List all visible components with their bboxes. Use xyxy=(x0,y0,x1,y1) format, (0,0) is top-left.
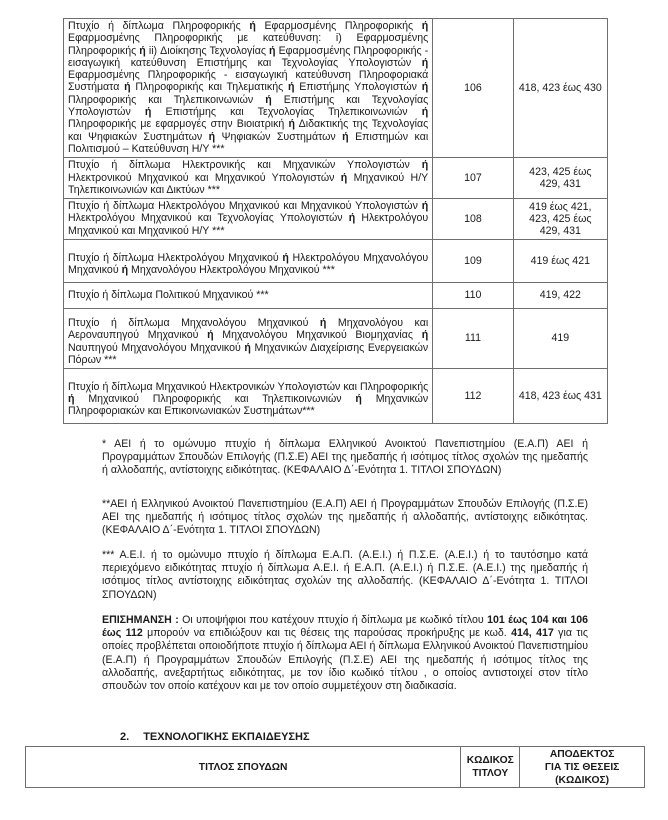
degree-title-cell: Πτυχίο ή δίπλωμα Πληροφορικής ή Εφαρμοσμ… xyxy=(64,19,433,158)
text-run: Πτυχίο ή δίπλωμα Πολιτικού Μηχανικού *** xyxy=(68,289,269,301)
bold-text: ή xyxy=(422,159,428,171)
text-run: Πτυχίο ή δίπλωμα Πληροφορικής xyxy=(68,20,249,32)
bold-text: ή xyxy=(422,57,428,69)
text-run: Μηχανολόγου Μηχανικού Βιομηχανίας xyxy=(214,329,422,341)
title-code-cell: 107 xyxy=(433,158,513,199)
section-heading-technological-education: 2.ΤΕΧΝΟΛΟΓΙΚΗΣ ΕΚΠΑΙΔΕΥΣΗΣ xyxy=(120,731,310,743)
title-code-cell: 108 xyxy=(433,199,513,240)
degree-title-cell: Πτυχίο ή δίπλωμα Ηλεκτρολόγου Μηχανικού … xyxy=(64,240,433,283)
bold-text: ή xyxy=(422,329,428,341)
degree-title-cell: Πτυχίο ή δίπλωμα Μηχανολόγου Μηχανικού ή… xyxy=(64,309,433,369)
accepted-positions-cell: 418, 423 έως 431 xyxy=(513,369,607,424)
bold-text: 414, 417 xyxy=(511,627,554,639)
header-line: ΑΠΟΔΕΚΤΟΣ xyxy=(550,749,615,760)
degree-title-cell: Πτυχίο ή δίπλωμα Ηλεκτρολόγου Μηχανικού … xyxy=(64,199,433,240)
text-run: Εφαρμοσμένης Πληροφορικής xyxy=(256,20,422,32)
text-run: Επιστήμης και Τεχνολογίας Τηλεπικοινωνιώ… xyxy=(151,106,421,118)
bold-text: ή xyxy=(422,81,428,93)
footnote-single-asterisk: * ΑΕΙ ή το ομώνυμο πτυχίο ή δίπλωμα Ελλη… xyxy=(102,438,588,478)
degree-title-cell: Πτυχίο ή δίπλωμα Ηλεκτρονικής και Μηχανι… xyxy=(64,158,433,199)
table-row: Πτυχίο ή δίπλωμα Ηλεκτρολόγου Μηχανικού … xyxy=(64,240,608,283)
text-run: Πληροφορικής και Τηλεπικοινωνιών xyxy=(68,94,265,106)
text-run: **ΑΕΙ ή Ελληνικού Ανοικτού Πανεπιστημίου… xyxy=(102,498,588,536)
title-code-cell: 110 xyxy=(433,283,513,309)
header-line: (ΚΩΔΙΚΟΣ) xyxy=(555,775,609,786)
header-line: ΤΙΤΛΟΥ xyxy=(472,768,508,779)
bold-text: ΕΠΙΣΗΜΑΝΣΗ : xyxy=(102,614,179,626)
text-run: Ηλεκτρολόγου Μηχανικού και Τεχνολογίας Υ… xyxy=(68,212,349,224)
section-title: ΤΕΧΝΟΛΟΓΙΚΗΣ ΕΚΠΑΙΔΕΥΣΗΣ xyxy=(143,731,309,743)
text-run: Πτυχίο ή δίπλωμα Ηλεκτρολόγου Μηχανικού … xyxy=(68,200,422,212)
table-row: Πτυχίο ή δίπλωμα Μηχανικού Ηλεκτρονικών … xyxy=(64,369,608,424)
important-notice: ΕΠΙΣΗΜΑΝΣΗ : Οι υποψήφιοι που κατέχουν π… xyxy=(102,614,588,693)
text-run: Ηλεκτρονικού Μηχανικού και Μηχανικού Υπο… xyxy=(68,172,341,184)
table-row: Πτυχίο ή δίπλωμα Πληροφορικής ή Εφαρμοσμ… xyxy=(64,19,608,158)
table-row: Πτυχίο ή δίπλωμα Πολιτικού Μηχανικού ***… xyxy=(64,283,608,309)
header-line: ΓΙΑ ΤΙΣ ΘΕΣΕΙΣ xyxy=(545,762,620,773)
title-code-cell: 111 xyxy=(433,309,513,369)
table-row: Πτυχίο ή δίπλωμα Μηχανολόγου Μηχανικού ή… xyxy=(64,309,608,369)
footnote-triple-asterisk: *** Α.Ε.Ι. ή το ομώνυμο πτυχίο ή δίπλωμα… xyxy=(102,549,588,602)
footnote-double-asterisk: **ΑΕΙ ή Ελληνικού Ανοικτού Πανεπιστημίου… xyxy=(102,498,588,538)
text-run: Μηχανολόγου Ηλεκτρολόγου Μηχανικού *** xyxy=(128,264,335,276)
text-run: Πτυχίο ή δίπλωμα Μηχανικού Ηλεκτρονικών … xyxy=(68,381,428,393)
accepted-positions-cell: 419 έως 421 xyxy=(513,240,607,283)
accepted-positions-cell: 419 xyxy=(513,309,607,369)
column-header-study-title: ΤΙΤΛΟΣ ΣΠΟΥΔΩΝ xyxy=(26,747,461,788)
text-run: Πτυχίο ή δίπλωμα Ηλεκτρολόγου Μηχανικού xyxy=(68,252,282,264)
text-run: Πληροφορικής με εφαρμογές στην Βιοιατρικ… xyxy=(68,118,289,130)
accepted-positions-cell: 418, 423 έως 430 xyxy=(513,19,607,158)
text-run: ii) Διοίκησης Τεχνολογίας xyxy=(146,45,269,57)
title-code-cell: 112 xyxy=(433,369,513,424)
table-row: Πτυχίο ή δίπλωμα Ηλεκτρολόγου Μηχανικού … xyxy=(64,199,608,240)
table-row: Πτυχίο ή δίπλωμα Ηλεκτρονικής και Μηχανι… xyxy=(64,158,608,199)
degree-title-cell: Πτυχίο ή δίπλωμα Μηχανικού Ηλεκτρονικών … xyxy=(64,369,433,424)
text-run: Πληροφορικής και Τηλεματικής xyxy=(131,81,288,93)
bold-text: ή xyxy=(422,20,428,32)
accepted-positions-cell: 419 έως 421, 423, 425 έως 429, 431 xyxy=(513,199,607,240)
bold-text: ή xyxy=(422,106,428,118)
section-number: 2. xyxy=(120,731,129,743)
text-run: Πτυχίο ή δίπλωμα Μηχανολόγου Μηχανικού xyxy=(68,317,320,329)
degree-title-cell: Πτυχίο ή δίπλωμα Πολιτικού Μηχανικού *** xyxy=(64,283,433,309)
header-line: ΚΩΔΙΚΟΣ xyxy=(467,755,514,766)
column-header-accepted-positions: ΑΠΟΔΕΚΤΟΣ ΓΙΑ ΤΙΣ ΘΕΣΕΙΣ (ΚΩΔΙΚΟΣ) xyxy=(520,747,645,788)
text-run: Οι υποψήφιοι που κατέχουν πτυχίο ή δίπλω… xyxy=(179,614,487,626)
text-run: Επιστήμης Υπολογιστών xyxy=(294,81,421,93)
text-run: μπορούν να επιδιώξουν και τις θέσεις της… xyxy=(143,627,511,639)
accepted-positions-cell: 419, 422 xyxy=(513,283,607,309)
title-code-cell: 106 xyxy=(433,19,513,158)
bold-text: ή xyxy=(422,200,428,212)
accepted-positions-cell: 423, 425 έως 429, 431 xyxy=(513,158,607,199)
text-run: Πτυχίο ή δίπλωμα Ηλεκτρονικής και Μηχανι… xyxy=(68,159,422,171)
text-run: Ψηφιακών Συστημάτων xyxy=(215,131,342,143)
text-run: Ναυπηγού Μηχανολόγου Μηχανικού xyxy=(68,342,244,354)
text-run: *** Α.Ε.Ι. ή το ομώνυμο πτυχίο ή δίπλωμα… xyxy=(102,549,588,601)
text-run: * ΑΕΙ ή το ομώνυμο πτυχίο ή δίπλωμα Ελλη… xyxy=(102,438,588,476)
degree-table-continued: Πτυχίο ή δίπλωμα Πληροφορικής ή Εφαρμοσμ… xyxy=(63,18,608,424)
column-header-title-code: ΚΩΔΙΚΟΣ ΤΙΤΛΟΥ xyxy=(461,747,520,788)
text-run: Μηχανικού Πληροφορικής και Τηλεπικοινωνι… xyxy=(74,393,355,405)
title-code-cell: 109 xyxy=(433,240,513,283)
technological-education-table-header: ΤΙΤΛΟΣ ΣΠΟΥΔΩΝ ΚΩΔΙΚΟΣ ΤΙΤΛΟΥ ΑΠΟΔΕΚΤΟΣ … xyxy=(25,746,645,788)
